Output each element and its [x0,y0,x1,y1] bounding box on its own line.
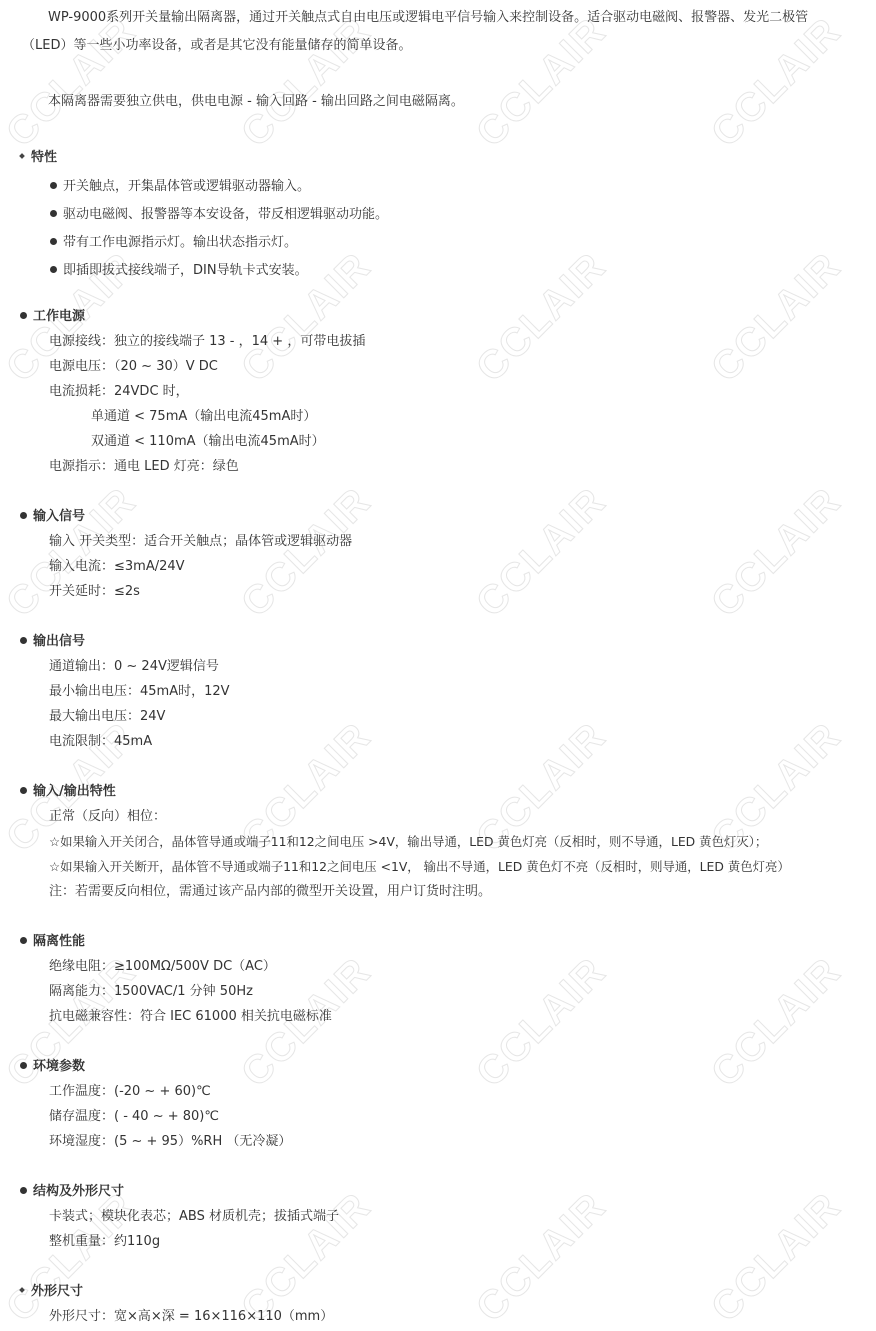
watermark: CCLAIR [703,1184,850,1331]
spec-line: 抗电磁兼容性：符合 IEC 61000 相关抗电磁标准 [49,1008,332,1026]
spec-line-indented: 双通道 < 110mA（输出电流45mA时） [91,433,325,451]
intro-paragraph-line-2: （LED）等一些小功率设备，或者是其它没有能量储存的简单设备。 [22,37,411,55]
feature-text: 带有工作电源指示灯。输出状态指示灯。 [63,235,297,250]
watermark: CCLAIR [703,949,850,1096]
watermark: CCLAIR [468,244,615,391]
spec-line: 卡装式；模块化表芯；ABS 材质机壳；拔插式端子 [49,1208,339,1226]
spec-line: 通道输出：0 ~ 24V逻辑信号 [49,658,219,676]
bullet-dot-icon [50,182,57,189]
watermark: CCLAIR [0,9,145,156]
spec-line: ☆如果输入开关断开，晶体管不导通或端子11和12之间电压 <1V， 输出不导通，… [49,858,790,876]
feature-text: 驱动电磁阀、报警器等本安设备，带反相逻辑驱动功能。 [63,207,388,222]
spec-line: 储存温度：( - 40 ~ + 80)℃ [49,1108,219,1126]
intro-paragraph-line-1: WP-9000系列开关量输出隔离器，通过开关触点式自由电压或逻辑电平信号输入来控… [48,9,808,27]
watermark: CCLAIR [468,1184,615,1331]
spec-line: 电源指示：通电 LED 灯亮：绿色 [49,458,239,476]
spec-line-indented: 单通道 < 75mA（输出电流45mA时） [91,408,316,426]
section-heading-dimensions: 外形尺寸 [20,1283,83,1301]
spec-line: 整机重量：约110g [49,1233,160,1251]
feature-item: 驱动电磁阀、报警器等本安设备，带反相逻辑驱动功能。 [50,206,388,224]
bullet-dot-icon [50,238,57,245]
watermark: CCLAIR [703,479,850,626]
watermark: CCLAIR [233,9,380,156]
bullet-dot-icon [20,512,27,519]
spec-line: 最大输出电压：24V [49,708,165,726]
bullet-dot-icon [20,937,27,944]
feature-text: 开关触点，开集晶体管或逻辑驱动器输入。 [63,179,310,194]
heading-text: 工作电源 [33,309,85,324]
watermark: CCLAIR [468,949,615,1096]
section-heading-features: 特性 [20,149,57,167]
spec-line: 最小输出电压：45mA时，12V [49,683,230,701]
section-heading-isolation: 隔离性能 [20,933,85,951]
section-heading-environment: 环境参数 [20,1058,85,1076]
spec-line: 输入 开关类型：适合开关触点；晶体管或逻辑驱动器 [49,533,352,551]
feature-item: 带有工作电源指示灯。输出状态指示灯。 [50,234,297,252]
spec-line: 正常（反向）相位： [49,808,166,826]
spec-note: 注：若需要反向相位，需通过该产品内部的微型开关设置，用户订货时注明。 [49,883,491,901]
heading-text: 外形尺寸 [31,1284,83,1299]
spec-line: ☆如果输入开关闭合，晶体管导通或端子11和12之间电压 >4V，输出导通，LED… [49,833,767,851]
spec-line: 电源电压：（20 ~ 30）V DC [49,358,218,376]
bullet-dot-icon [50,210,57,217]
bullet-dot-icon [20,637,27,644]
section-heading-power: 工作电源 [20,308,85,326]
spec-line: 隔离能力：1500VAC/1 分钟 50Hz [49,983,253,1001]
bullet-dot-icon [50,266,57,273]
heading-text: 隔离性能 [33,934,85,949]
spec-line: 开关延时：≤2s [49,583,140,601]
spec-line: 输入电流：≤3mA/24V [49,558,185,576]
heading-text: 结构及外形尺寸 [33,1184,124,1199]
watermark: CCLAIR [0,479,145,626]
bullet-dot-icon [20,1062,27,1069]
heading-text: 输出信号 [33,634,85,649]
section-heading-input: 输入信号 [20,508,85,526]
heading-text: 输入信号 [33,509,85,524]
section-heading-io: 输入/输出特性 [20,783,116,801]
diamond-bullet-icon [19,1287,25,1293]
diamond-bullet-icon [19,153,25,159]
heading-text: 环境参数 [33,1059,85,1074]
spec-line: 环境湿度：(5 ~ + 95）%RH （无冷凝） [49,1133,291,1151]
spec-line: 电源接线：独立的接线端子 13 - ，14 + ，可带电拔插 [49,333,365,351]
feature-text: 即插即拔式接线端子，DIN导轨卡式安装。 [63,263,308,278]
section-heading-structure: 结构及外形尺寸 [20,1183,124,1201]
section-heading-output: 输出信号 [20,633,85,651]
spec-line: 电流损耗：24VDC 时， [49,383,189,401]
bullet-dot-icon [20,787,27,794]
bullet-dot-icon [20,312,27,319]
watermark: CCLAIR [233,479,380,626]
watermark: CCLAIR [468,9,615,156]
feature-item: 即插即拔式接线端子，DIN导轨卡式安装。 [50,262,308,280]
watermark: CCLAIR [468,479,615,626]
watermark: CCLAIR [703,244,850,391]
spec-line: 工作温度：(-20 ~ + 60)℃ [49,1083,211,1101]
spec-line: 电流限制：45mA [49,733,152,751]
heading-text: 输入/输出特性 [33,784,116,799]
bullet-dot-icon [20,1187,27,1194]
watermark: CCLAIR [703,9,850,156]
spec-line: 绝缘电阻：≥100MΩ/500V DC（AC） [49,958,276,976]
intro-paragraph-power-note: 本隔离器需要独立供电，供电电源 - 输入回路 - 输出回路之间电磁隔离。 [48,93,464,111]
heading-text: 特性 [31,150,57,165]
spec-line: 外形尺寸：宽×高×深 = 16×116×110（mm） [49,1308,333,1326]
feature-item: 开关触点，开集晶体管或逻辑驱动器输入。 [50,178,310,196]
